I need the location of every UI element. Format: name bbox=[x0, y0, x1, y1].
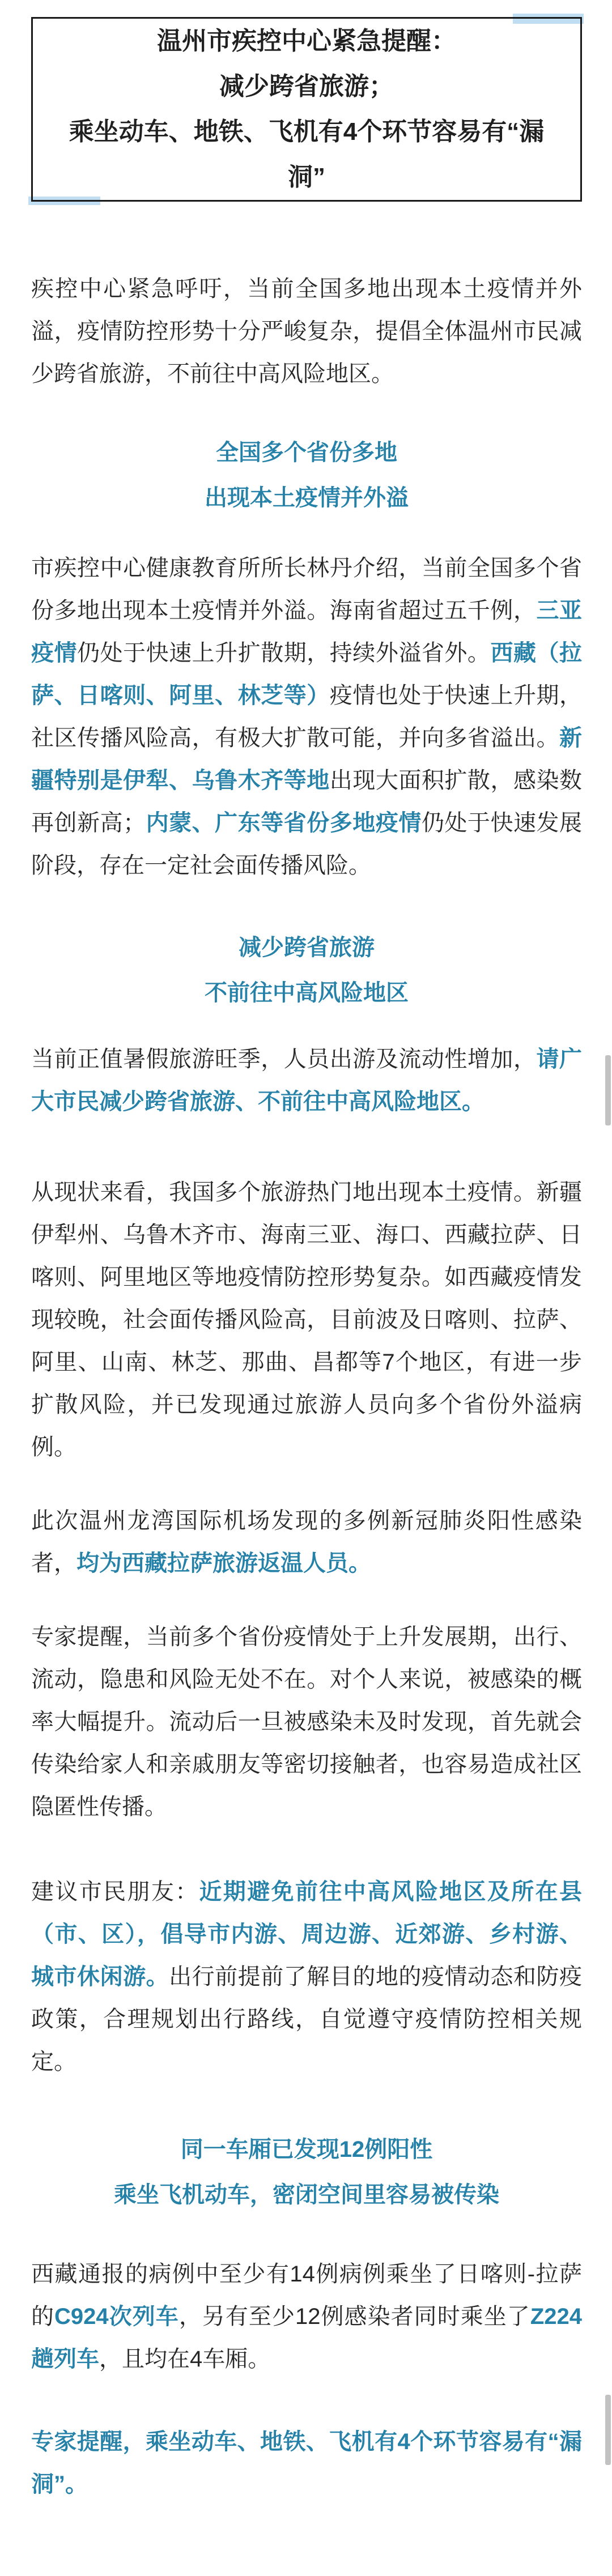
article-body: 疾控中心紧急呼吁，当前全国多地出现本土疫情并外溢，疫情防控形势十分严峻复杂，提倡… bbox=[0, 268, 612, 2506]
paragraph-intro: 疾控中心紧急呼吁，当前全国多地出现本土疫情并外溢，疫情防控形势十分严峻复杂，提倡… bbox=[31, 268, 582, 395]
highlight-four-loopholes: 专家提醒，乘坐动车、地铁、飞机有4个环节容易有“漏洞”。 bbox=[31, 2429, 582, 2497]
section-heading-reduce-travel: 减少跨省旅游 不前往中高风险地区 bbox=[31, 925, 582, 1016]
text-segment: 当前正值暑假旅游旺季，人员出游及流动性增加， bbox=[31, 1047, 536, 1072]
paragraph-summer-travel: 当前正值暑假旅游旺季，人员出游及流动性增加，请广大市民减少跨省旅游、不前往中高风… bbox=[31, 1038, 582, 1123]
banner-line: 乘坐动车、地铁、飞机有4个环节容易有“漏 bbox=[56, 109, 558, 155]
banner-line: 减少跨省旅游； bbox=[56, 64, 558, 109]
heading-line: 同一车厢已发现12例阳性 bbox=[31, 2127, 582, 2172]
banner-line: 洞” bbox=[56, 155, 558, 200]
alert-banner-box: 温州市疾控中心紧急提醒： 减少跨省旅游； 乘坐动车、地铁、飞机有4个环节容易有“… bbox=[31, 17, 582, 202]
paragraph-final-reminder: 专家提醒，乘坐动车、地铁、飞机有4个环节容易有“漏洞”。 bbox=[31, 2421, 582, 2506]
paragraph-hotspots: 从现状来看，我国多个旅游热门地出现本土疫情。新疆伊犁州、乌鲁木齐市、海南三亚、海… bbox=[31, 1171, 582, 1469]
heading-line: 乘坐飞机动车，密闭空间里容易被传染 bbox=[31, 2172, 582, 2217]
text-segment: 仍处于快速上升扩散期，持续外溢省外。 bbox=[77, 641, 490, 666]
scrollbar-thumb[interactable] bbox=[605, 2395, 611, 2465]
highlight-train-c924: C924次列车 bbox=[54, 2304, 179, 2329]
text-segment: 疾控中心紧急呼吁，当前全国多地出现本土疫情并外溢，疫情防控形势十分严峻复杂，提倡… bbox=[31, 276, 582, 386]
scrollbar-thumb[interactable] bbox=[605, 1055, 611, 1125]
section-heading-outbreak: 全国多个省份多地 出现本土疫情并外溢 bbox=[31, 430, 582, 521]
section-heading-train-cases: 同一车厢已发现12例阳性 乘坐飞机动车，密闭空间里容易被传染 bbox=[31, 2127, 582, 2217]
heading-line: 不前往中高风险地区 bbox=[31, 970, 582, 1016]
alert-banner: 温州市疾控中心紧急提醒： 减少跨省旅游； 乘坐动车、地铁、飞机有4个环节容易有“… bbox=[31, 17, 582, 202]
paragraph-suggestions: 建议市民朋友：近期避免前往中高风险地区及所在县（市、区），倡导市内游、周边游、近… bbox=[31, 1871, 582, 2083]
heading-line: 减少跨省旅游 bbox=[31, 925, 582, 970]
highlight-lhasa-returnees: 均为西藏拉萨旅游返温人员。 bbox=[76, 1551, 371, 1576]
heading-line: 出现本土疫情并外溢 bbox=[31, 475, 582, 521]
text-segment: 市疾控中心健康教育所所长林丹介绍，当前全国多个省份多地出现本土疫情并外溢。海南省… bbox=[31, 556, 582, 623]
paragraph-national-situation: 市疾控中心健康教育所所长林丹介绍，当前全国多个省份多地出现本土疫情并外溢。海南省… bbox=[31, 547, 582, 887]
banner-line: 温州市疾控中心紧急提醒： bbox=[56, 19, 558, 64]
paragraph-train-details: 西藏通报的病例中至少有14例病例乘坐了日喀则-拉萨的C924次列车，另有至少12… bbox=[31, 2253, 582, 2381]
text-segment: 从现状来看，我国多个旅游热门地出现本土疫情。新疆伊犁州、乌鲁木齐市、海南三亚、海… bbox=[31, 1180, 582, 1460]
text-segment: ，且均在4车厢。 bbox=[99, 2347, 270, 2372]
text-segment: 专家提醒，当前多个省份疫情处于上升发展期，出行、流动，隐患和风险无处不在。对个人… bbox=[31, 1624, 582, 1819]
heading-line: 全国多个省份多地 bbox=[31, 430, 582, 475]
paragraph-airport-cases: 此次温州龙湾国际机场发现的多例新冠肺炎阳性感染者，均为西藏拉萨旅游返温人员。 bbox=[31, 1500, 582, 1585]
paragraph-expert-warning: 专家提醒，当前多个省份疫情处于上升发展期，出行、流动，隐患和风险无处不在。对个人… bbox=[31, 1616, 582, 1828]
article-page: 温州市疾控中心紧急提醒： 减少跨省旅游； 乘坐动车、地铁、飞机有4个环节容易有“… bbox=[0, 17, 612, 2506]
text-segment: 建议市民朋友： bbox=[31, 1879, 199, 1904]
highlight-neimeng-guangdong: 内蒙、广东等省份多地疫情 bbox=[146, 811, 422, 835]
text-segment: ，另有至少12例感染者同时乘坐了 bbox=[179, 2304, 530, 2329]
